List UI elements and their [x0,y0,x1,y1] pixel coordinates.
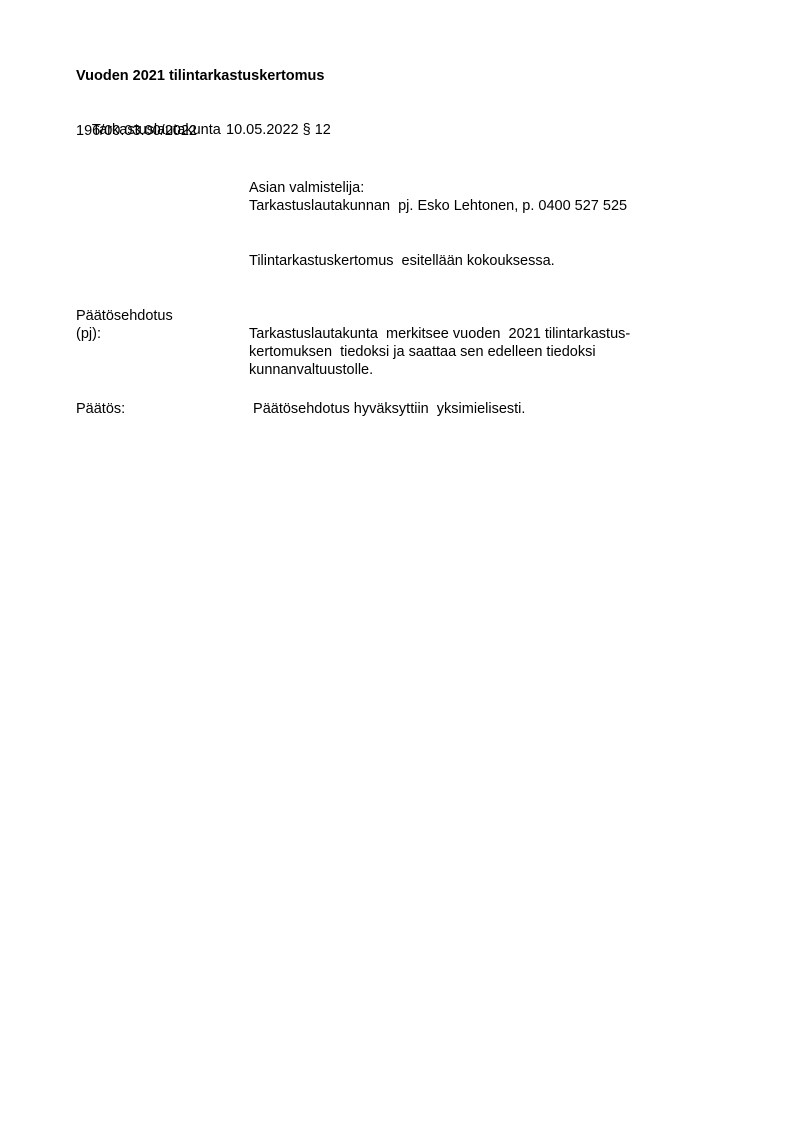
proposal-text-line: Tarkastuslautakunta merkitsee vuoden 202… [249,326,630,343]
decision-label: Päätös: [76,401,125,418]
meeting-date-section: 10.05.2022 § 12 [226,122,331,139]
proposal-text-line: kertomuksen tiedoksi ja saattaa sen edel… [249,344,596,361]
decision-value: Päätösehdotus hyväksyttiin yksimielisest… [249,401,525,418]
proposal-label-suffix: (pj): [76,326,101,343]
document-title: Vuoden 2021 tilintarkastuskertomus [76,68,324,85]
proposal-label: Päätösehdotus [76,308,173,325]
preparer-label: Asian valmistelija: [249,180,364,197]
record-number: 196/00.03.00/2022 [76,123,197,140]
description-text: Tilintarkastuskertomus esitellään kokouk… [249,253,555,270]
preparer-value: Tarkastuslautakunnan pj. Esko Lehtonen, … [249,198,627,215]
proposal-text-line: kunnanvaltuustolle. [249,362,373,379]
